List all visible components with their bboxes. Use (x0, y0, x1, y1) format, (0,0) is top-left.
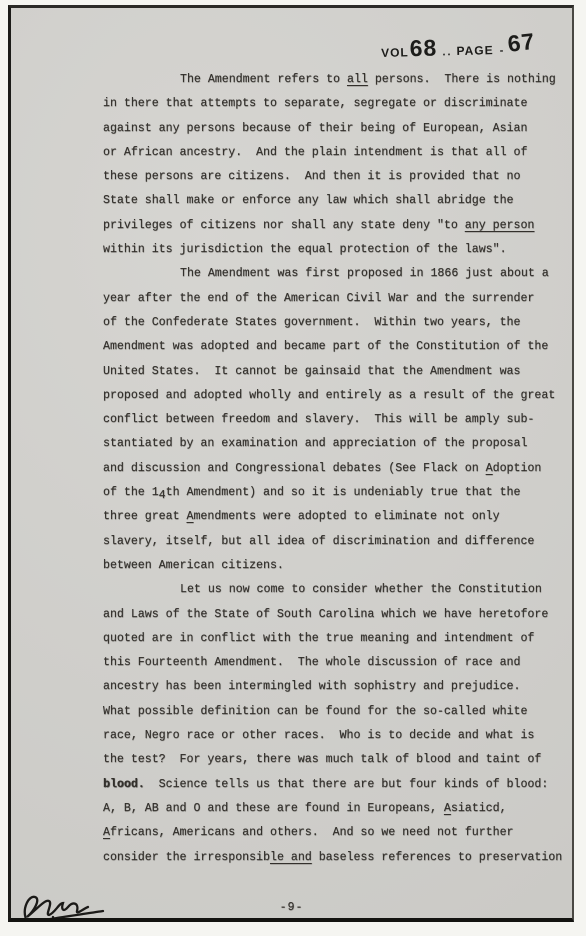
document-line: between American citizens. (103, 554, 562, 578)
document-line: consider the irresponsible and baseless … (103, 846, 562, 870)
document-line: and Laws of the State of South Carolina … (103, 603, 562, 627)
document-page: VOL 68 .. PAGE - 67 The Amendment refers… (8, 5, 574, 922)
document-line: conflict between freedom and slavery. Th… (103, 408, 562, 432)
document-line: of the Confederate States government. Wi… (103, 311, 562, 335)
document-line: What possible definition can be found fo… (103, 700, 562, 724)
document-line: The Amendment was first proposed in 1866… (103, 262, 562, 286)
signature-tail (43, 917, 54, 922)
document-line: Let us now come to consider whether the … (103, 578, 562, 602)
document-line: these persons are citizens. And then it … (103, 165, 562, 189)
signature-mark (13, 886, 113, 922)
document-line: three great Amendments were adopted to e… (103, 505, 562, 529)
document-line: quoted are in conflict with the true mea… (103, 627, 562, 651)
document-line: blood. Science tells us that there are b… (103, 773, 562, 797)
document-line: A, B, AB and O and these are found in Eu… (103, 797, 562, 821)
document-line: State shall make or enforce any law whic… (103, 189, 562, 213)
document-line: or African ancestry. And the plain inten… (103, 141, 562, 165)
document-line: this Fourteenth Amendment. The whole dis… (103, 651, 562, 675)
document-line: proposed and adopted wholly and entirely… (103, 384, 562, 408)
document-line: year after the end of the American Civil… (103, 287, 562, 311)
document-line: and discussion and Congressional debates… (103, 457, 562, 481)
document-text: The Amendment refers to all persons. The… (103, 68, 562, 870)
page-value: 67 (506, 28, 536, 58)
page-label: PAGE (456, 43, 493, 58)
document-line: ancestry has been intermingled with soph… (103, 675, 562, 699)
document-line: privileges of citizens nor shall any sta… (103, 214, 562, 238)
document-line: the test? For years, there was much talk… (103, 748, 562, 772)
stamp-separator-dots: .. (442, 46, 452, 58)
document-line: against any persons because of their bei… (103, 117, 562, 141)
document-line: race, Negro race or other races. Who is … (103, 724, 562, 748)
document-line: within its jurisdiction the equal protec… (103, 238, 562, 262)
document-line: in there that attempts to separate, segr… (103, 92, 562, 116)
vol-value: 68 (409, 35, 437, 63)
stamp-separator-dash: - (499, 45, 503, 57)
volume-page-stamp: VOL 68 .. PAGE - 67 (381, 32, 536, 63)
document-line: Amendment was adopted and became part of… (103, 335, 562, 359)
document-line: The Amendment refers to all persons. The… (103, 68, 562, 92)
document-line: Africans, Americans and others. And so w… (103, 821, 562, 845)
document-line: United States. It cannot be gainsaid tha… (103, 360, 562, 384)
document-line: stantiated by an examination and appreci… (103, 432, 562, 456)
document-line: of the 14th Amendment) and so it is unde… (103, 481, 562, 505)
scan-background: VOL 68 .. PAGE - 67 The Amendment refers… (0, 0, 586, 936)
vol-label: VOL (381, 45, 409, 60)
document-line: slavery, itself, but all idea of discrim… (103, 530, 562, 554)
